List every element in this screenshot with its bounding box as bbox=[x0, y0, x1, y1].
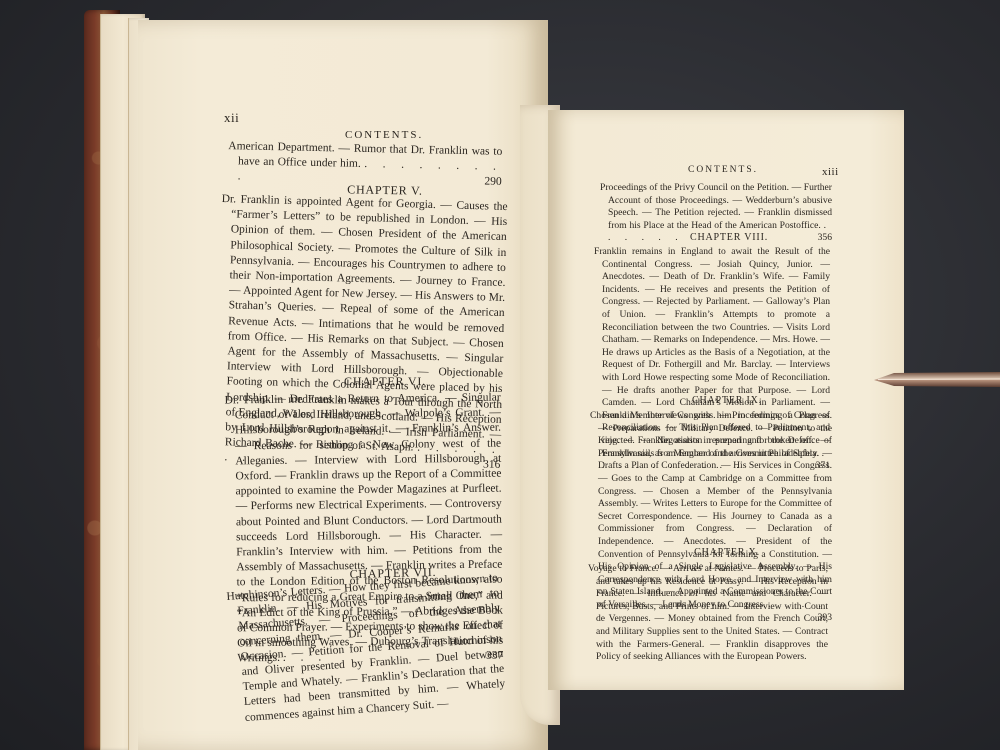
left-page-number: xii bbox=[224, 110, 239, 126]
toc-page-ref: 290 bbox=[494, 175, 502, 190]
chapter-heading: CHAPTER VI. bbox=[330, 374, 440, 389]
toc-entry-chapter-vii: Hutchinson’s Letters. — How they first b… bbox=[226, 571, 507, 726]
toc-page-ref: 356 bbox=[826, 232, 832, 245]
toc-entry-text: Voyage to France. — Arrives at Nantes. —… bbox=[588, 563, 828, 662]
letter-opener-knife-icon bbox=[872, 368, 1000, 390]
book-photo: xii CONTENTS. American Department. — Rum… bbox=[0, 0, 1000, 750]
chapter-heading: CHAPTER VIII. bbox=[674, 232, 784, 243]
toc-entry-chapter-x: Voyage to France. — Arrives at Nantes. —… bbox=[588, 563, 828, 664]
right-running-head: CONTENTS. bbox=[688, 165, 758, 175]
right-page-number: xiii bbox=[822, 166, 839, 178]
toc-entry-text: Hutchinson’s Letters. — How they first b… bbox=[226, 572, 506, 724]
toc-entry-text: Proceedings of the Privy Council on the … bbox=[600, 182, 832, 231]
chapter-heading: CHAPTER X. bbox=[672, 547, 782, 558]
chapter-heading: CHAPTER IX. bbox=[672, 395, 782, 406]
left-running-head: CONTENTS. bbox=[345, 129, 423, 141]
